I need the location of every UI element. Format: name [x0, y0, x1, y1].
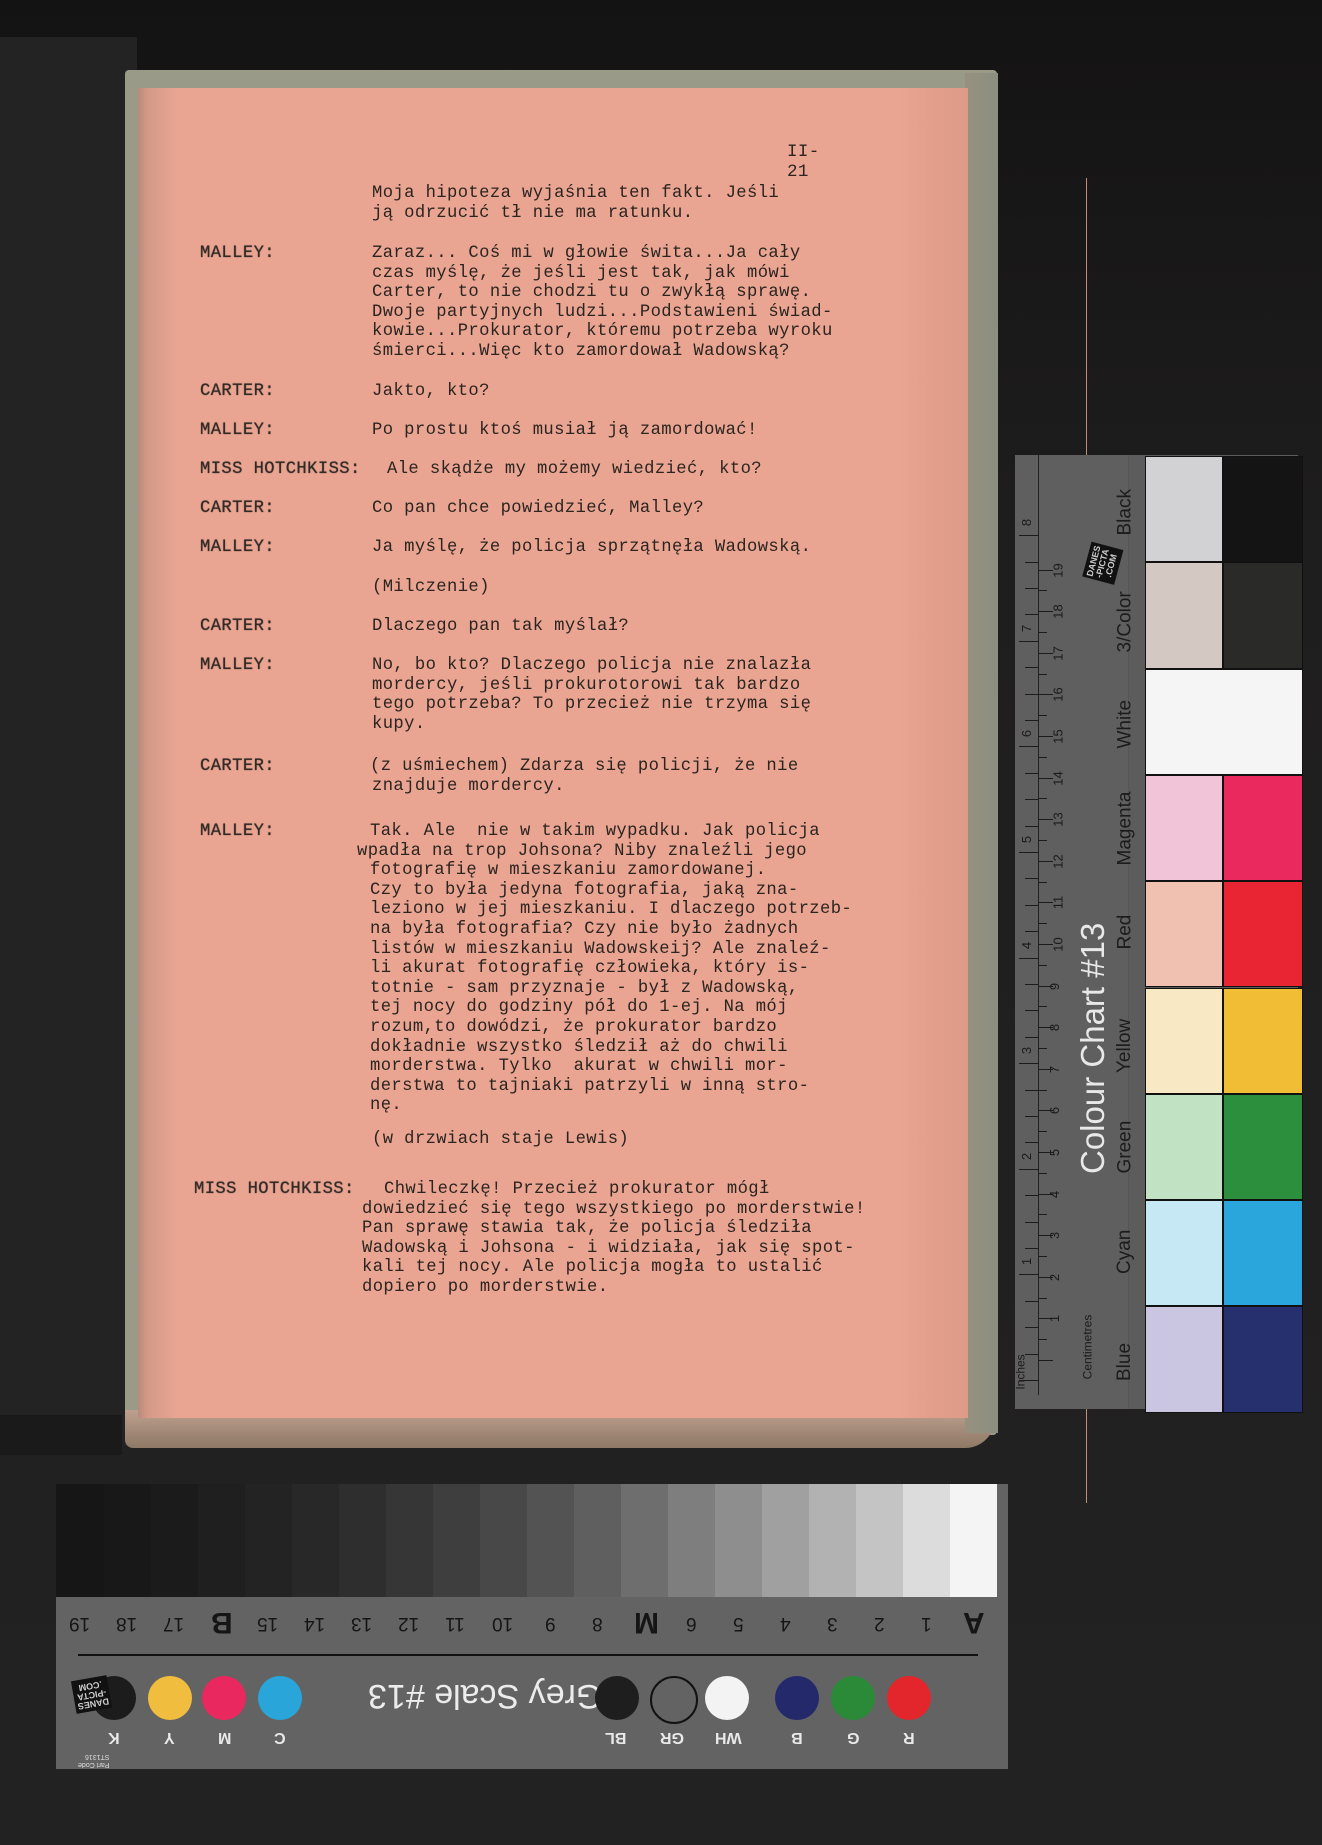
grey-step	[573, 1484, 621, 1597]
dialogue-line: Zaraz... Coś mi w głowie świta...Ja cały	[372, 244, 801, 264]
dialogue-line: li akurat fotografię człowieka, który is…	[370, 959, 809, 979]
white-patch	[1145, 669, 1303, 775]
inch-tick	[1025, 1248, 1038, 1249]
dialogue-line: kali tej nocy. Ale policja mogła to usta…	[362, 1258, 823, 1278]
cm-mark: 6	[1047, 1107, 1062, 1114]
cm-mark: 8	[1047, 1024, 1062, 1031]
blue-dark-patch	[1223, 1306, 1303, 1412]
inch-tick	[1025, 614, 1038, 615]
patch-label: 3/Color	[1114, 576, 1136, 653]
dialogue-line: Pan sprawę stawia tak, że policja śledzi…	[362, 1219, 812, 1239]
dot-label: B	[791, 1728, 803, 1746]
cm-mark: 14	[1051, 771, 1066, 785]
dot-label: R	[903, 1728, 915, 1746]
dot-label: GR	[660, 1728, 684, 1746]
green-light-patch	[1145, 1094, 1223, 1200]
grey-step-label: A	[963, 1605, 985, 1639]
inch-mark: 6	[1019, 730, 1034, 737]
speaker-label: CARTER:	[200, 499, 275, 519]
inch-tick	[1025, 799, 1038, 800]
dot-label: WH	[715, 1728, 742, 1746]
speaker-label: MALLEY:	[200, 244, 275, 264]
inch-tick	[1019, 1274, 1039, 1275]
grey-step	[150, 1484, 198, 1597]
grey-step-label: 15	[257, 1612, 278, 1634]
inch-tick	[1025, 1195, 1038, 1196]
dialogue-line: kupy.	[372, 715, 426, 735]
patch-label: Blue	[1114, 1337, 1136, 1381]
grey-step	[714, 1484, 762, 1597]
inch-mark: 8	[1019, 519, 1034, 526]
blue-light-patch	[1145, 1306, 1223, 1412]
dialogue-line: Po prostu ktoś musiał ją zamordować!	[372, 421, 758, 441]
inch-tick	[1025, 905, 1038, 906]
inch-tick	[1025, 878, 1038, 879]
cm-tick	[1039, 1048, 1047, 1049]
dialogue-line: Jakto, kto?	[372, 382, 490, 402]
page-number: II-21	[787, 143, 820, 182]
inch-tick	[1019, 535, 1039, 536]
dot-label: K	[108, 1728, 120, 1746]
grey-step	[620, 1484, 668, 1597]
g-dot	[831, 1676, 875, 1720]
speaker-label: CARTER:	[200, 757, 275, 777]
dialogue-line: Carter, to nie chodzi tu o zwykłą sprawę…	[372, 283, 811, 303]
dialogue-line: (Milczenie)	[372, 578, 490, 598]
inch-tick	[1025, 1222, 1038, 1223]
inch-tick	[1025, 931, 1038, 932]
grey-step-label: 10	[492, 1612, 513, 1634]
inch-tick	[1025, 562, 1038, 563]
inch-tick	[1025, 1301, 1038, 1302]
grey-step	[338, 1484, 386, 1597]
grey-scale-rule	[78, 1654, 978, 1656]
cm-mark: 3	[1047, 1232, 1062, 1239]
cm-mark: 1	[1047, 1315, 1062, 1322]
inch-mark: 1	[1019, 1258, 1034, 1265]
dialogue-line: rozum,to dowódzi, że prokurator bardzo	[370, 1018, 777, 1038]
cm-tick	[1039, 965, 1047, 966]
y-dot	[148, 1676, 192, 1720]
inch-tick	[1019, 641, 1039, 642]
inch-tick	[1019, 746, 1039, 747]
patch-label: Cyan	[1114, 1230, 1136, 1274]
dialogue-line: No, bo kto? Dlaczego policja nie znalazł…	[372, 656, 811, 676]
inch-tick	[1019, 1169, 1039, 1170]
dot-label: Y	[164, 1728, 175, 1746]
patch-label: Magenta	[1114, 789, 1136, 866]
dialogue-line: Chwileczkę! Przecież prokurator mógł	[384, 1180, 770, 1200]
cm-mark: 11	[1050, 896, 1065, 910]
cm-tick	[1039, 1090, 1047, 1091]
cm-tick	[1039, 674, 1047, 675]
grey-step	[432, 1484, 480, 1597]
black-light-patch	[1145, 456, 1223, 562]
grey-step-label: 18	[116, 1612, 137, 1634]
dialogue-line: leziono w jej mieszkaniu. I dlaczego pot…	[370, 900, 852, 920]
cm-mark: 5	[1047, 1149, 1062, 1156]
cm-mark: 18	[1051, 604, 1066, 618]
grey-step	[56, 1484, 104, 1597]
yellow-dark-patch	[1223, 988, 1303, 1094]
dialogue-line: tego potrzeba? To przecież nie trzyma si…	[372, 695, 811, 715]
grey-step	[526, 1484, 574, 1597]
part-code: Part CodeST1316	[78, 1752, 110, 1768]
dialogue-line: Dlaczego pan tak myślał?	[372, 617, 629, 637]
dialogue-line: (w drzwiach staje Lewis)	[372, 1130, 629, 1150]
dialogue-line: Czy to była jedyna fotografia, jaką zna-	[370, 881, 799, 901]
inch-tick	[1019, 852, 1039, 853]
inch-tick	[1025, 1327, 1038, 1328]
dialogue-line: Tak. Ale nie w takim wypadku. Jak policj…	[370, 822, 820, 842]
cm-mark: 19	[1051, 563, 1066, 577]
3-color-light-patch	[1145, 562, 1223, 668]
grey-scale-title: Grey Scale #13	[368, 1676, 602, 1715]
dialogue-line: Moja hipoteza wyjaśnia ten fakt. Jeśli	[372, 184, 779, 204]
cm-tick	[1039, 840, 1047, 841]
colour-chart-title: Colour Chart #13	[1074, 894, 1112, 1174]
r-dot	[887, 1676, 931, 1720]
grey-step-label: 3	[827, 1612, 838, 1634]
grey-step-label: 4	[780, 1612, 791, 1634]
dialogue-line: mordercy, jeśli prokurotorowi tak bardzo	[372, 676, 801, 696]
dialogue-line: listów w mieszkaniu Wadowskeij? Ale znal…	[370, 940, 831, 960]
grey-step	[103, 1484, 151, 1597]
dialogue-line: dopiero po morderstwie.	[362, 1278, 608, 1298]
3-color-dark-patch	[1223, 562, 1303, 668]
cm-tick	[1039, 590, 1047, 591]
danes-picta-logo: DANES-PICTA.COM	[71, 1675, 112, 1714]
grey-step	[385, 1484, 433, 1597]
inch-tick	[1019, 1063, 1039, 1064]
dot-label: M	[218, 1728, 231, 1746]
magenta-dark-patch	[1223, 775, 1303, 881]
speaker-label: CARTER:	[200, 382, 275, 402]
cm-mark: 15	[1051, 729, 1066, 743]
dialogue-line: nę.	[370, 1096, 402, 1116]
cm-tick	[1039, 715, 1047, 716]
left-board-edge	[0, 1415, 122, 1455]
inch-mark: 4	[1019, 941, 1034, 948]
inch-tick	[1025, 588, 1038, 589]
speaker-label: MALLEY:	[200, 656, 275, 676]
cm-mark: 2	[1047, 1274, 1062, 1281]
dialogue-line: wpadła na trop Johsona? Niby znaleźli je…	[357, 842, 807, 862]
grey-step	[479, 1484, 527, 1597]
inch-tick	[1025, 694, 1038, 695]
inch-tick	[1025, 1142, 1038, 1143]
cm-tick	[1039, 882, 1047, 883]
dialogue-line: kowie...Prokurator, któremu potrzeba wyr…	[372, 322, 833, 342]
grey-step-label: 1	[921, 1612, 932, 1634]
green-dark-patch	[1223, 1094, 1303, 1200]
dialogue-line: Ja myślę, że policja sprzątnęła Wadowską…	[372, 538, 811, 558]
dialogue-line: tej nocy do godziny pół do 1-ej. Na mój	[370, 998, 788, 1018]
inch-tick	[1025, 667, 1038, 668]
inch-mark: 2	[1019, 1153, 1034, 1160]
m-dot	[202, 1676, 246, 1720]
grey-step-label: 11	[445, 1612, 465, 1634]
dialogue-line: dowiedzieć się tego wszystkiego po morde…	[362, 1200, 866, 1220]
colour-chart: 1234567891011121314151617181912345678Inc…	[1015, 455, 1298, 1409]
speaker-label: MALLEY:	[200, 822, 275, 842]
cm-tick	[1039, 1298, 1047, 1299]
dialogue-line: (z uśmiechem) Zdarza się policji, że nie	[370, 757, 799, 777]
inch-tick	[1025, 1010, 1038, 1011]
cm-tick	[1039, 632, 1047, 633]
grey-step-label: 19	[69, 1612, 90, 1634]
dot-label: C	[274, 1728, 286, 1746]
patch-label: Black	[1114, 481, 1136, 536]
cm-tick	[1039, 1214, 1047, 1215]
inch-tick	[1025, 1090, 1038, 1091]
dot-label: G	[847, 1728, 859, 1746]
red-dark-patch	[1223, 881, 1303, 987]
grey-step	[808, 1484, 856, 1597]
grey-step-label: 5	[733, 1612, 744, 1634]
grey-step	[197, 1484, 245, 1597]
book-right-edge	[965, 73, 998, 1433]
dialogue-line: znajduje mordercy.	[372, 777, 565, 797]
dot-label: BL	[605, 1728, 626, 1746]
cm-mark: 4	[1047, 1190, 1062, 1197]
cm-mark: 10	[1051, 937, 1066, 951]
cm-tick	[1039, 923, 1047, 924]
inch-tick	[1019, 958, 1039, 959]
inch-mark: 7	[1019, 625, 1034, 632]
black-dark-patch	[1223, 456, 1303, 562]
grey-step	[244, 1484, 292, 1597]
yellow-light-patch	[1145, 988, 1223, 1094]
left-board	[0, 37, 137, 1447]
dialogue-line: Dwoje partyjnych ludzi...Podstawieni świ…	[372, 303, 833, 323]
grey-step-label: B	[211, 1605, 233, 1639]
cm-mark: 13	[1051, 812, 1066, 826]
cm-tick	[1039, 1339, 1047, 1340]
wh-dot	[705, 1676, 749, 1720]
dialogue-line: dokładnie wszystko śledził aż do chwili	[370, 1038, 788, 1058]
speaker-label: CARTER:	[200, 617, 275, 637]
patch-label: Yellow	[1114, 1007, 1136, 1073]
cm-tick	[1039, 1256, 1047, 1257]
patch-label: White	[1114, 693, 1136, 748]
grey-step	[291, 1484, 339, 1597]
grey-step	[761, 1484, 809, 1597]
cyan-dark-patch	[1223, 1200, 1303, 1306]
dialogue-line: ją odrzucić tł nie ma ratunku.	[372, 204, 693, 224]
inches-label: Inches	[1014, 1354, 1028, 1389]
grey-step	[855, 1484, 903, 1597]
grey-step	[902, 1484, 950, 1597]
inch-tick	[1025, 826, 1038, 827]
cm-mark: 17	[1051, 646, 1066, 660]
cm-tick	[1039, 1173, 1047, 1174]
dialogue-line: derstwa to tajniaki patrzyli w inną stro…	[370, 1077, 809, 1097]
gr-dot	[650, 1676, 698, 1724]
magenta-light-patch	[1145, 775, 1223, 881]
inch-tick	[1025, 720, 1038, 721]
dialogue-line: czas myślę, że jeśli jest tak, jak mówi	[372, 264, 790, 284]
cm-tick	[1039, 1360, 1053, 1361]
centimetres-label: Centimetres	[1080, 1315, 1094, 1380]
grey-step-label: 12	[398, 1612, 419, 1634]
c-dot	[258, 1676, 302, 1720]
speaker-label: MALLEY:	[200, 538, 275, 558]
grey-step-label: 14	[304, 1612, 325, 1634]
grey-step-label: 2	[874, 1612, 885, 1634]
cm-mark: 7	[1047, 1066, 1062, 1073]
b-dot	[775, 1676, 819, 1720]
grey-step-label: 6	[686, 1612, 697, 1634]
grey-step	[949, 1484, 997, 1597]
inch-tick	[1025, 1116, 1038, 1117]
dialogue-line: Co pan chce powiedzieć, Malley?	[372, 499, 704, 519]
cm-mark: 16	[1051, 688, 1066, 702]
cm-mark: 9	[1047, 982, 1062, 989]
dialogue-line: Ale skądże my możemy wiedzieć, kto?	[387, 460, 762, 480]
inch-mark: 5	[1019, 836, 1034, 843]
grey-scale-chart: Grey Scale #13 A123456M89101112131415B17…	[56, 1484, 1008, 1769]
dialogue-line: fotografię w mieszkaniu zamordowanej.	[370, 861, 766, 881]
patch-label: Green	[1114, 1118, 1136, 1173]
patch-label: Red	[1114, 917, 1136, 950]
inch-mark: 3	[1019, 1047, 1034, 1054]
inch-tick	[1025, 1037, 1038, 1038]
dialogue-line: Wadowską i Johsona - i widziała, jak się…	[362, 1239, 855, 1259]
dialogue-line: morderstwa. Tylko akurat w chwili mor-	[370, 1057, 788, 1077]
cm-tick	[1039, 798, 1047, 799]
inch-tick	[1025, 984, 1038, 985]
cm-mark: 12	[1051, 854, 1066, 868]
grey-step-label: 13	[351, 1612, 372, 1634]
cm-tick	[1039, 1131, 1047, 1132]
red-light-patch	[1145, 881, 1223, 987]
grey-step	[667, 1484, 715, 1597]
inch-tick	[1025, 773, 1038, 774]
ruler-divider	[1038, 455, 1039, 1395]
cm-tick	[1039, 757, 1047, 758]
grey-step-label: 8	[592, 1612, 603, 1634]
bl-dot	[595, 1676, 639, 1720]
grey-step-label: 17	[163, 1612, 184, 1634]
speaker-label: MISS HOTCHKISS:	[194, 1180, 355, 1200]
grey-step-label: 9	[545, 1612, 556, 1634]
cyan-light-patch	[1145, 1200, 1223, 1306]
cm-tick	[1039, 1006, 1047, 1007]
dialogue-line: śmierci...Więc kto zamordował Wadowską?	[372, 342, 790, 362]
grey-step-label: M	[634, 1605, 659, 1639]
dialogue-line: na była fotografia? Czy nie było żadnych	[370, 920, 799, 940]
speaker-label: MISS HOTCHKISS:	[200, 460, 361, 480]
dialogue-line: totnie - sam przyznaje - był z Wadowską,	[370, 979, 799, 999]
speaker-label: MALLEY:	[200, 421, 275, 441]
